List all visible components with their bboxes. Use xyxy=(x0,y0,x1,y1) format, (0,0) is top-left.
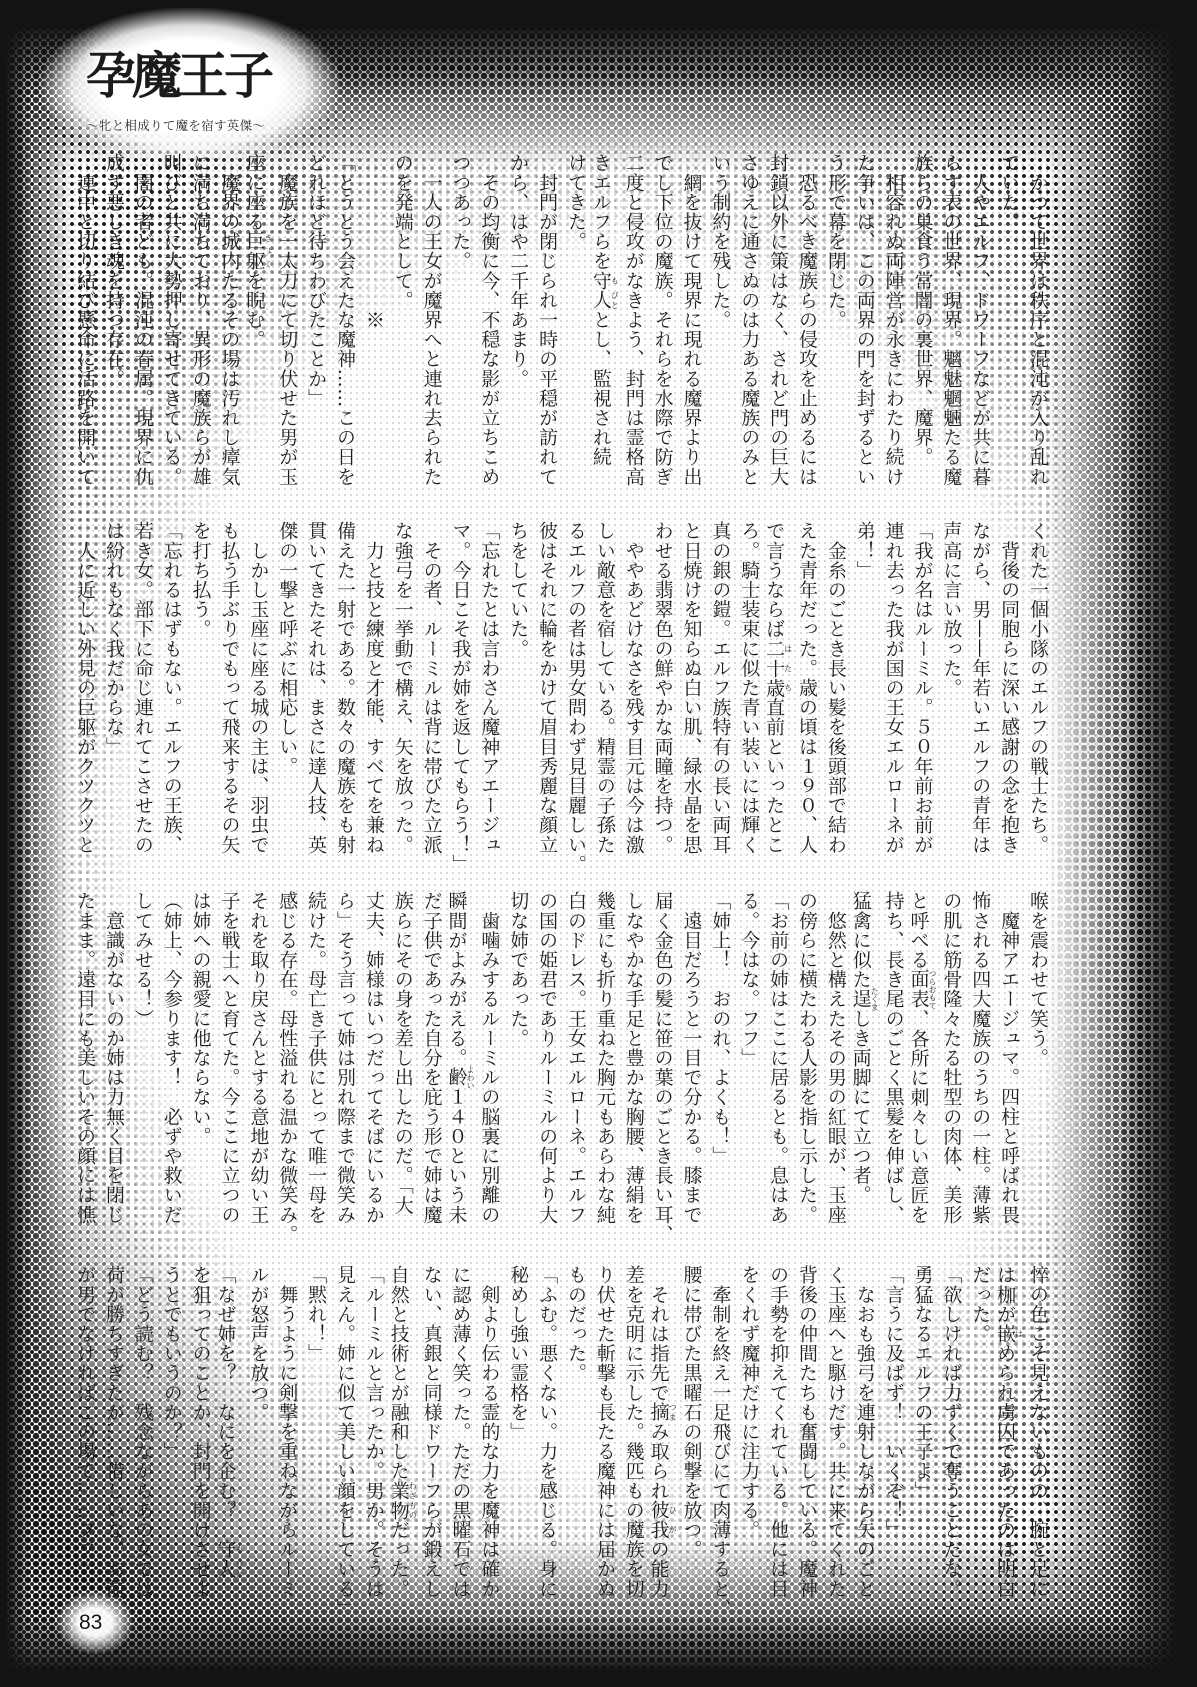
series-logo: 孕魔王子 〜牝と相成りて魔を宿す英傑〜 xyxy=(82,30,282,140)
text-column: が男でなければこの場で……フフ」 xyxy=(70,1265,99,1610)
logo-subtitle: 〜牝と相成りて魔を宿す英傑〜 xyxy=(86,116,265,134)
ruby-reading: びと xyxy=(235,1559,244,1579)
text-column: くれた一個小隊のエルフの戦士たち。 xyxy=(1023,521,1052,866)
text-column: 相容れぬ両陣営が永きにわたり続け xyxy=(879,153,908,498)
ruby-base: 摘 xyxy=(648,1402,670,1422)
text-column: 牽制を終え一足飛びにて肉薄すると、 xyxy=(706,1265,735,1610)
text-column: ものだった。 xyxy=(561,1265,590,1610)
text-column: 弟！」 xyxy=(850,521,879,866)
ruby-base: 守 xyxy=(215,1539,237,1559)
text-column: なおも強弓を連射しながら矢のごと xyxy=(850,1265,879,1610)
text-run: とし、監視され続 xyxy=(590,310,612,467)
text-column: 一人の王女が魔界へと連れ去られた xyxy=(417,153,446,498)
text-column: は紛れもなく我だからな」 xyxy=(99,521,128,866)
text-column: 連れ去った我が国の王女エルローネが xyxy=(879,521,908,866)
text-column: だ子供であった自分を庇う形で姉は魔 xyxy=(417,891,446,1236)
text-column: ややあどけなさを残す目元は今は激 xyxy=(619,521,648,866)
text-column: 人に近しい外見の巨躯がクツクツと xyxy=(70,521,99,866)
ruby-base: 人 xyxy=(590,290,612,310)
text-column: （姉上、今参ります！ 必ずや救いだ xyxy=(157,891,186,1236)
text-column: 「ふむ。悪くない。力を感じる。身に xyxy=(532,1265,561,1610)
text-column: ない、真銀と同様ドワーフらが鍛えし xyxy=(417,1265,446,1610)
text-column: つつあった。 xyxy=(446,153,475,498)
text-run: の能力 xyxy=(648,1539,670,1598)
text-column: ちをしていた。 xyxy=(503,521,532,866)
text-column: 切な姉であった。 xyxy=(503,891,532,1236)
text-column: どれほど待ちわびたことか」 xyxy=(301,153,330,498)
text-run: み取られ xyxy=(648,1422,670,1500)
text-column: 網を抜けて現界に現れる魔界より出 xyxy=(677,153,706,498)
text-column: 族らにその身を差し出したのだ。「大 xyxy=(388,891,417,1236)
ruby-annotation: 摘つま xyxy=(648,1402,670,1422)
ruby-reading: も xyxy=(235,1539,244,1559)
text-column: 意識がないのか姉は力無く目を閉じ xyxy=(99,891,128,1236)
text-column: 丈夫、姉様はいつだってそばにいるか xyxy=(359,891,388,1236)
text-column: 子を戦士へと育てた。今ここに立つの xyxy=(215,891,244,1236)
ruby-annotation: 守も xyxy=(590,271,612,291)
text-column: ※ xyxy=(359,153,388,498)
text-tier-3: 喉を震わせて笑う。 魔神アエージュマ。四柱と呼ばれ畏怖される四大魔族のうちの一柱… xyxy=(70,891,1052,1236)
text-column: 悠然と構えたその男の紅眼が、玉座 xyxy=(821,891,850,1236)
text-column: しい敵意を宿している。精霊の子孫た xyxy=(590,521,619,866)
text-column: 彼はそれに輪をかけて眉目秀麗な顔立 xyxy=(532,521,561,866)
ruby-base: 嵌 xyxy=(994,1324,1016,1344)
text-column: を打ち払う。 xyxy=(186,521,215,866)
text-tier-1: かつて世界は秩序と混沌が入り乱れていた。 人やエルフ、ドワーフなどが共に暮らす表… xyxy=(70,153,1052,498)
text-column: 叫びと共に大勢押し寄せてきている。 xyxy=(157,153,186,498)
ruby-reading: は xyxy=(1015,1324,1024,1344)
text-column: 届く金色の髪に笹の葉のごとき長い耳、 xyxy=(648,891,677,1236)
ruby-reading: はたち xyxy=(784,639,793,698)
text-column: 成す悪しき魂を持つ存在。 xyxy=(99,153,128,498)
text-column: に認め薄く笑った。ただの黒曜石では xyxy=(446,1265,475,1610)
text-column: 「忘れるはずもない。エルフの王族、 xyxy=(157,521,186,866)
text-run: 座に座る xyxy=(243,153,265,231)
text-column: 魔界の城内たるその場は汚れし瘴気 xyxy=(215,153,244,498)
text-column: 荷が勝ちすぎたが……惜しいな、お前 xyxy=(99,1265,128,1610)
text-column: 「言うに及ばず！ いくぞ！」 xyxy=(879,1265,908,1610)
text-column: り伏せた斬撃も長たる魔神には届かぬ xyxy=(590,1265,619,1610)
text-column: その者、ルーミルは背に帯びた立派 xyxy=(417,521,446,866)
text-column: してみせる！） xyxy=(128,891,157,1236)
text-column: のを発端として。 xyxy=(388,153,417,498)
text-column: 悴の色こそ見えないものの、腕と足に xyxy=(1023,1265,1052,1610)
text-column: 魔神アエージュマ。四柱と呼ばれ畏 xyxy=(994,891,1023,1236)
text-run: 「なぜ姉を？ なにを企む？ xyxy=(215,1265,237,1539)
text-column: マ。今日こそ我が姉を返してもらう！」 xyxy=(446,521,475,866)
ruby-reading: も xyxy=(610,271,619,291)
text-run: しき両脚にて立つ者。 xyxy=(850,1009,872,1205)
text-column: さゆえに通さぬのは力ある魔族のみと xyxy=(734,153,763,498)
text-column: 連中と切り結び懸命に活路を開いて xyxy=(70,153,99,498)
text-column: それは指先で摘つまみ取られ彼我ひがの能力 xyxy=(648,1265,677,1610)
text-column: 封門が閉じられ一時の平穏が訪れて xyxy=(532,153,561,498)
ruby-annotation: 業物わざもの xyxy=(388,1481,410,1520)
text-column: 喉を震わせて笑う。 xyxy=(1023,891,1052,1236)
ruby-annotation: 面表つらおもて xyxy=(908,969,930,1009)
ruby-base: 業物 xyxy=(388,1481,410,1520)
page-number: 83 xyxy=(79,1611,102,1635)
text-column: 備えた一射である。数々の魔族をも射 xyxy=(330,521,359,866)
text-run: それは指先で xyxy=(648,1265,670,1402)
text-column: 幾重にも折り重ねた胸元もあらわな純 xyxy=(590,891,619,1236)
text-column: いう制約を残した。 xyxy=(706,153,735,498)
text-column: 「我が名はルーミル。５０年前お前が xyxy=(908,521,937,866)
text-column: の国の姫君でありルーミルの何より大 xyxy=(532,891,561,1236)
text-column: でし下位の魔族。それらを水際で防ぎ xyxy=(648,153,677,498)
text-column: 遠目だろうと一目で分かる。膝まで xyxy=(677,891,706,1236)
text-column: 若き女。部下に命じ連れてこさせたの xyxy=(128,521,157,866)
ruby-reading: たくま xyxy=(870,987,879,1011)
text-column: う形で幕を閉じた。 xyxy=(821,153,850,498)
ruby-reading: ひが xyxy=(668,1500,677,1539)
text-column: な強弓を一挙動で構え、矢を放った。 xyxy=(388,521,417,866)
text-column: 背後の同胞らに深い感謝の念を抱き xyxy=(994,521,1023,866)
text-column: かつて世界は秩序と混沌が入り乱れ xyxy=(1023,153,1052,498)
ruby-base: 彼我 xyxy=(648,1500,670,1539)
ruby-annotation: 人びと xyxy=(215,1559,237,1579)
ruby-base: 巨躯 xyxy=(243,231,265,270)
text-column: ていた。 xyxy=(994,153,1023,498)
text-column: 瞬間がよみがえる。齢よわい１４０という未 xyxy=(446,891,475,1236)
text-column: と日焼けを知らぬ白い肌、緑水晶を思 xyxy=(677,521,706,866)
text-column: た争いは、この両界の門を封ずるとい xyxy=(850,153,879,498)
text-column: うとでもいうのか？」 xyxy=(157,1265,186,1610)
ruby-base: 逞 xyxy=(850,987,872,1011)
ruby-annotation: 嵌は xyxy=(994,1324,1016,1344)
text-column: 「姉上！ おのれ、よくも！」 xyxy=(706,891,735,1236)
text-column: 自然と技術とが融和した業物わざものだった。 xyxy=(388,1265,417,1610)
text-column: は姉への親愛に他ならない。 xyxy=(186,891,215,1236)
text-tier-4: 悴の色こそ見えないものの、腕と足には枷が嵌はめられ虜囚であったのは明白だった。「… xyxy=(70,1265,1052,1610)
text-run: きエルフらを xyxy=(590,153,612,271)
text-column: の手勢を抑えてくれている。他には目 xyxy=(763,1265,792,1610)
ruby-reading: つらおもて xyxy=(928,969,937,1009)
text-column: 金糸のごとき長い髪を後頭部で結わ xyxy=(821,521,850,866)
ruby-annotation: 二十歳はたち xyxy=(763,639,785,698)
text-column: るエルフの者は男女問わず見目麗しい。 xyxy=(561,521,590,866)
text-column: で言うならば二十歳はたち直前といったとこ xyxy=(763,521,792,866)
text-run: １４０という未 xyxy=(446,1087,468,1224)
text-run: を睨む。 xyxy=(243,271,265,349)
text-column: 「欲しければ力ずくで奪うことだな。 xyxy=(937,1265,966,1610)
text-column: 感じる存在。母性溢れる温かな微笑み。 xyxy=(272,891,301,1236)
text-column: それを取り戻さんとする意地が幼い王 xyxy=(244,891,273,1236)
text-column: 「なぜ姉を？ なにを企む？ 守も人びと xyxy=(215,1265,244,1610)
text-column: しかし玉座に座る城の主は、羽虫で xyxy=(244,521,273,866)
text-column: 人やエルフ、ドワーフなどが共に暮 xyxy=(965,153,994,498)
text-run: だった。 xyxy=(388,1520,410,1598)
text-column: 猛禽に似た逞たくましき両脚にて立つ者。 xyxy=(850,891,879,1236)
text-run: で言うならば xyxy=(763,521,785,639)
text-column: らす表の世界、現界。魑魅魍魎たる魔 xyxy=(937,153,966,498)
text-column: の肌に筋骨隆々たる牡型の肉体、美形 xyxy=(937,891,966,1236)
text-column: 見えん。姉に似て美しい顔をしている」 xyxy=(330,1265,359,1610)
ruby-base: 面表 xyxy=(908,969,930,1009)
text-column: ながら、男——年若いエルフの青年は xyxy=(965,521,994,866)
text-run: 猛禽に似た xyxy=(850,891,872,989)
text-column: 勇猛なるエルフの王子よ」 xyxy=(908,1265,937,1610)
text-run: 、各所に刺々しい意匠を xyxy=(908,1009,930,1225)
text-column: 舞うように剣撃を重ねながらルーミ xyxy=(272,1265,301,1610)
text-column: たまま。遠目にも美しいその顔には憔 xyxy=(70,891,99,1236)
text-column: く玉座へと駆けだす。共に来てくれた xyxy=(821,1265,850,1610)
text-column: を狙ってのことか、封門を開けさせよ xyxy=(186,1265,215,1610)
ruby-annotation: 彼我ひが xyxy=(648,1500,670,1539)
text-column: 背後の仲間たちも奮闘している。魔神 xyxy=(792,1265,821,1610)
ruby-annotation: 人びと xyxy=(590,290,612,310)
text-column: 続けた。母亡き子供にとって唯一母を xyxy=(301,891,330,1236)
text-column: 「お前の姉はここに居るとも。息はあ xyxy=(763,891,792,1236)
text-column: 闇の者ども。混沌の眷属。現界に仇 xyxy=(128,153,157,498)
text-column: えた青年だった。歳の頃は１９０、人 xyxy=(792,521,821,866)
ruby-reading: びと xyxy=(610,290,619,310)
text-column: 「とうとう会えたな魔神……この日を xyxy=(330,153,359,498)
text-column: は枷が嵌はめられ虜囚であったのは明白 xyxy=(994,1265,1023,1610)
text-column: 族らの巣食う常闇の裏世界、魔界。 xyxy=(908,153,937,498)
text-column: 剣より伝わる霊的な力を魔神は確か xyxy=(475,1265,504,1610)
text-run: 直前といったとこ xyxy=(763,697,785,854)
ruby-base: 守 xyxy=(590,271,612,291)
text-column: 声高に言い放った。 xyxy=(937,521,966,866)
text-column: 貫いてきたそれは、まさに達人技、英 xyxy=(301,521,330,866)
text-column: をくれず魔神だけに注力する。 xyxy=(734,1265,763,1610)
text-column: 差を克明に示した。幾匹もの魔族を切 xyxy=(619,1265,648,1610)
text-column: に満ち満ちており、異形の魔族らが雄 xyxy=(186,153,215,498)
text-column: 「どう読む？ 残念ながらあの女では xyxy=(128,1265,157,1610)
text-column: 持ち、長き尾のごとく黒髪を伸ばし、 xyxy=(879,891,908,1236)
text-column: ルが怒声を放つ。 xyxy=(244,1265,273,1610)
ruby-base: 齢 xyxy=(446,1065,468,1089)
text-column: 傑の一撃と呼ぶに相応しい。 xyxy=(272,521,301,866)
text-run: められ虜囚であったのは明白 xyxy=(994,1343,1016,1598)
text-column: 歯噛みするルーミルの脳裏に別離の xyxy=(475,891,504,1236)
text-column: の傍らに横たわる人影を指し示した。 xyxy=(792,891,821,1236)
text-column: 二度と侵攻がなきよう、封門は霊格高 xyxy=(619,153,648,498)
text-column: 座に座る巨躯きょくを睨む。 xyxy=(244,153,273,498)
text-column: わせる翡翠色の鮮やかな両瞳を持つ。 xyxy=(648,521,677,866)
text-column: 封鎖以外に策はなく、されど門の巨大 xyxy=(763,153,792,498)
text-column: 魔族を一太刀にて切り伏せた男が玉 xyxy=(272,153,301,498)
text-column: 恐るべき魔族らの侵攻を止めるには xyxy=(792,153,821,498)
ruby-annotation: 巨躯きょく xyxy=(243,231,265,270)
text-column: 力と技と練度と才能、すべてを兼ね xyxy=(359,521,388,866)
text-column: 「忘れたとは言わさん魔神アエージュ xyxy=(475,521,504,866)
text-column: る。今はな。フフ」 xyxy=(734,891,763,1236)
text-column: ろ。騎士装束に似た青い装いには輝く xyxy=(734,521,763,866)
novel-page: 孕魔王子 〜牝と相成りて魔を宿す英傑〜 かつて世界は秩序と混沌が入り乱れていた。… xyxy=(0,0,1197,1687)
ruby-annotation: 守も xyxy=(215,1539,237,1559)
text-run: 瞬間がよみがえる。 xyxy=(446,891,468,1067)
text-column: ら」そう言って姉は別れ際まで微笑み xyxy=(330,891,359,1236)
text-run: 自然と技術とが融和した xyxy=(388,1265,410,1481)
ruby-reading: つま xyxy=(668,1402,677,1422)
text-column: 秘めし強い霊格を」 xyxy=(503,1265,532,1610)
text-column: から、はや二千年あまり。 xyxy=(503,153,532,498)
ruby-reading: わざもの xyxy=(408,1481,417,1520)
text-run: と呼べる xyxy=(908,891,930,969)
ruby-annotation: 齢よわい xyxy=(446,1067,468,1087)
text-column: きエルフらを守も人びととし、監視され続 xyxy=(590,153,619,498)
logo-title: 孕魔王子 xyxy=(86,36,270,108)
text-column: 「ルーミルと言ったか。男か。そうは xyxy=(359,1265,388,1610)
ruby-annotation: 逞たくま xyxy=(850,989,872,1009)
text-column: 真の銀の鎧。エルフ族特有の長い両耳 xyxy=(706,521,735,866)
text-run: は枷が xyxy=(994,1265,1016,1324)
text-column: その均衡に今、不穏な影が立ちこめ xyxy=(475,153,504,498)
text-column: も払う手ぶりでもって飛来するその矢 xyxy=(215,521,244,866)
ruby-reading: きょく xyxy=(264,231,273,270)
text-column: しなやかな手足と豊かな胸腰、薄絹を xyxy=(619,891,648,1236)
text-column: 「黙れ！」 xyxy=(301,1265,330,1610)
ruby-reading: よわい xyxy=(466,1065,475,1089)
ruby-base: 人 xyxy=(215,1559,237,1579)
text-tier-2: くれた一個小隊のエルフの戦士たち。 背後の同胞らに深い感謝の念を抱きながら、男—… xyxy=(70,521,1052,866)
text-column: 腰に帯びた黒曜石の剣撃を放つ。 xyxy=(677,1265,706,1610)
text-column: 怖される四大魔族のうちの一柱。薄紫 xyxy=(965,891,994,1236)
text-column: 白のドレス。王女エルローネ。エルフ xyxy=(561,891,590,1236)
text-column: と呼べる面表つらおもて、各所に刺々しい意匠を xyxy=(908,891,937,1236)
ruby-base: 二十歳 xyxy=(763,639,785,698)
